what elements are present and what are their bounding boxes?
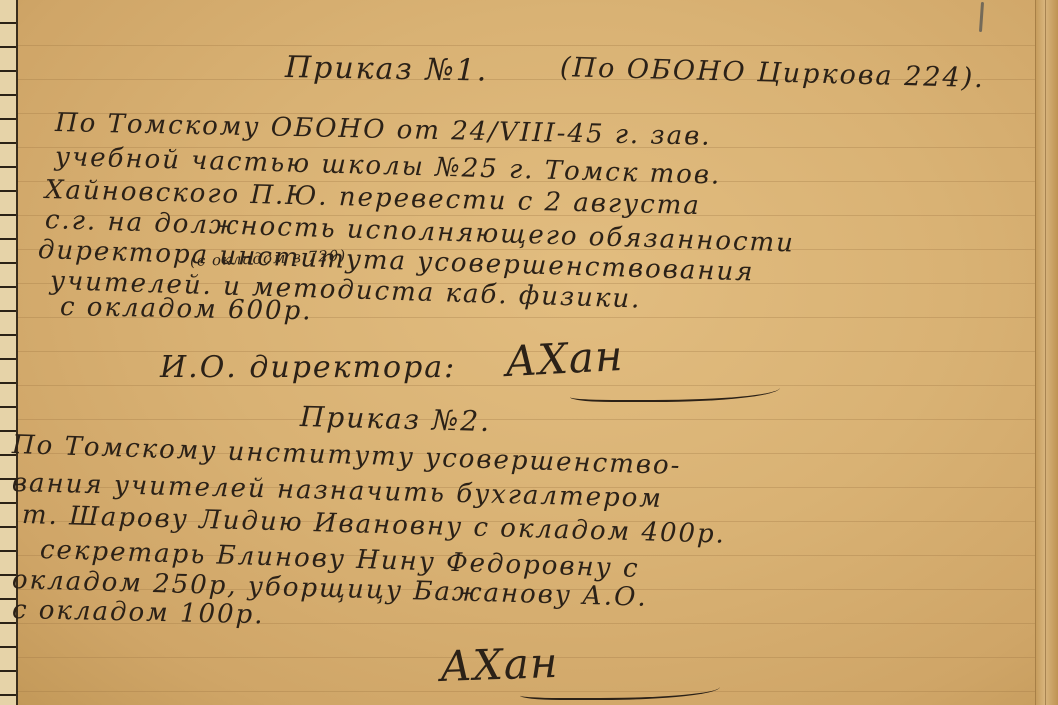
order2-line-6: с окладом 100р.: [12, 595, 265, 630]
order2-heading: Приказ №2.: [300, 400, 492, 438]
pencil-mark: [979, 2, 984, 32]
order1-heading: Приказ №1.: [285, 50, 489, 89]
order1-signature-label: И.О. директора:: [160, 350, 456, 385]
signature-flourish: [570, 378, 780, 402]
document-page: Приказ №1. (По ОБОНО Циркова 224). По То…: [0, 0, 1058, 705]
page-edge: [1035, 0, 1058, 705]
signature-flourish: [520, 678, 720, 700]
order1-line-7: с окладом 600р.: [60, 292, 313, 326]
order1-heading-note: (По ОБОНО Циркова 224).: [560, 52, 986, 94]
